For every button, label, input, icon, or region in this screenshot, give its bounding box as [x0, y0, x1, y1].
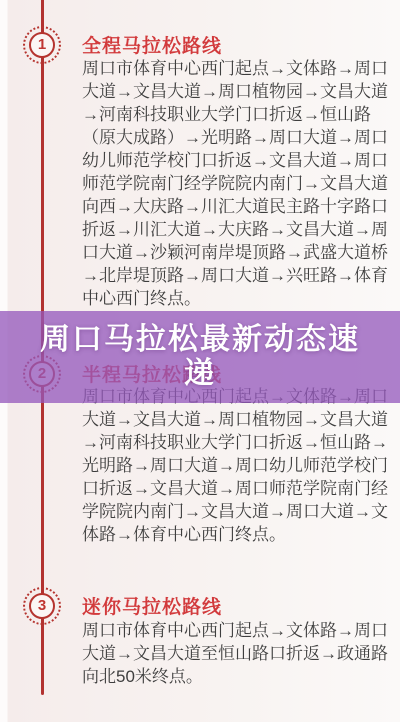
- route-description-mini-marathon: 周口市体育中心西门起点→文体路→周口 大道→文昌大道至恒山路口折返→政通路 向北…: [82, 619, 394, 688]
- section-title-mini-marathon: 迷你马拉松路线: [82, 592, 222, 619]
- timeline-node-1: 1: [23, 26, 61, 64]
- timeline-node-3: 3: [23, 587, 61, 625]
- banner-headline: 周口马拉松最新动态速 递: [40, 323, 360, 391]
- route-description-half-marathon: 周口市体育中心西门起点→文体路→周口 大道→文昌大道→周口植物园→文昌大道 →河…: [82, 385, 394, 546]
- marathon-routes-infographic: 1 全程马拉松路线 周口市体育中心西门起点→文体路→周口 大道→文昌大道→周口植…: [0, 0, 400, 722]
- section-title-full-marathon: 全程马拉松路线: [82, 31, 222, 58]
- node-number-1: 1: [29, 32, 55, 58]
- route-description-full-marathon: 周口市体育中心西门起点→文体路→周口 大道→文昌大道→周口植物园→文昌大道 →河…: [82, 57, 394, 310]
- node-number-3: 3: [29, 593, 55, 619]
- news-banner-overlay: 周口马拉松最新动态速 递: [0, 311, 400, 403]
